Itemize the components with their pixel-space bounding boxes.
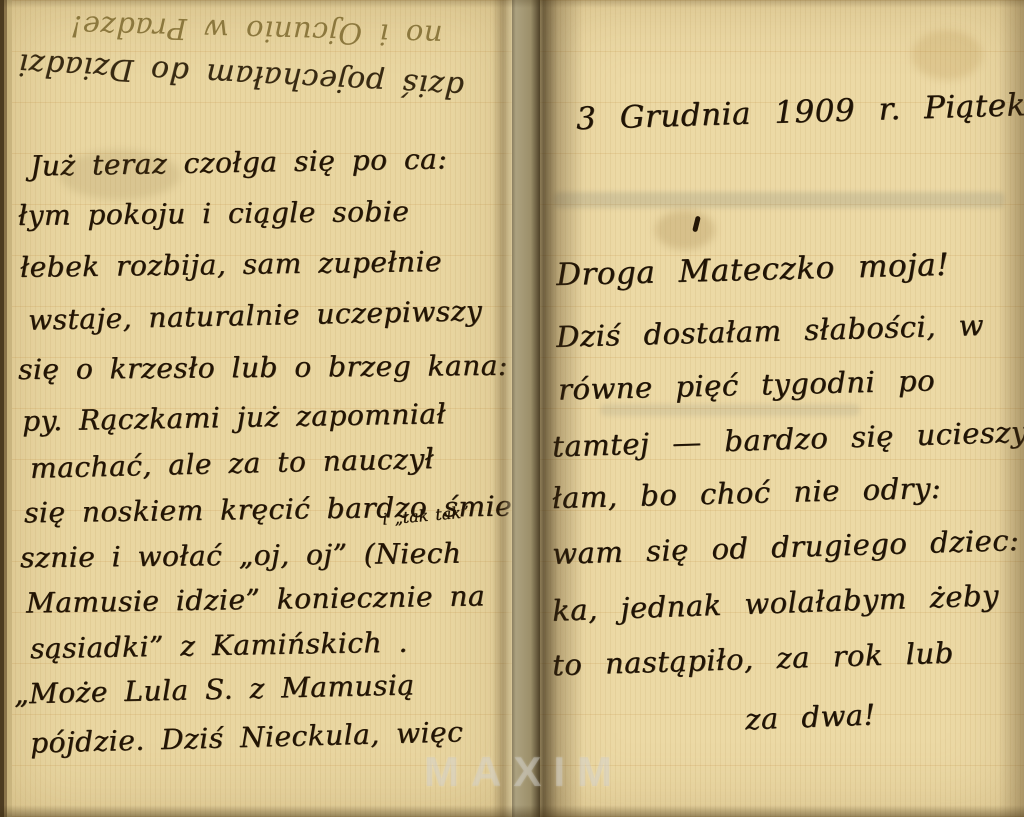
handwriting-line: Mamusie idzie” koniecznie na bbox=[26, 579, 486, 619]
handwriting-line: łebek rozbija, sam zupełnie bbox=[20, 245, 442, 284]
left-page: no i Ojcunio w Pradze! dziś pojechałam d… bbox=[0, 0, 512, 817]
age-stain bbox=[912, 30, 982, 80]
handwriting-line: ka, jednak wolałabym żeby bbox=[552, 578, 1000, 628]
handwriting-line: wstaje, naturalnie uczepiwszy bbox=[28, 294, 483, 337]
handwriting-line: „Może Lula S. z Mamusią bbox=[14, 668, 415, 710]
age-stain bbox=[60, 150, 180, 200]
page-stack-edge bbox=[0, 0, 16, 817]
handwriting-line: się o krzesło lub o brzeg kana: bbox=[18, 349, 508, 386]
handwriting-line: sąsiadki” z Kamińskich . bbox=[30, 626, 408, 666]
archive-watermark: MAXIM bbox=[424, 748, 624, 796]
inverted-handwriting-line: no i Ojcunio w Pradze! bbox=[70, 9, 443, 53]
handwriting-line: Dziś dostałam słabości, w bbox=[556, 308, 985, 354]
date-line: 3 Grudnia 1909 r. Piątek. bbox=[576, 87, 1024, 137]
handwriting-line: sznie i wołać „oj, oj” (Niech bbox=[20, 537, 462, 575]
salutation-line: Droga Mateczko moja! bbox=[556, 247, 950, 293]
closing-line: za dwa! bbox=[744, 698, 876, 737]
handwriting-line: równe pięć tygodni po bbox=[558, 363, 936, 406]
handwriting-line: tamtej — bardzo się ucieszy: bbox=[552, 414, 1024, 463]
scan-top-shadow bbox=[0, 0, 1024, 8]
handwriting-line: to nastąpiło, za rok lub bbox=[552, 636, 955, 683]
inverted-handwriting-line: dziś pojechałam do Dziadzi bbox=[17, 46, 464, 104]
book-gutter bbox=[492, 0, 584, 817]
handwriting-line: pójdzie. Dziś Nieckula, więc bbox=[30, 715, 464, 759]
handwriting-line: machać, ale za to nauczył bbox=[30, 442, 435, 485]
handwriting-line: wam się od drugiego dziec: bbox=[552, 523, 1020, 571]
page-edge-shadow bbox=[998, 0, 1024, 817]
diary-scan: no i Ojcunio w Pradze! dziś pojechałam d… bbox=[0, 0, 1024, 817]
scan-bottom-shadow bbox=[0, 805, 1024, 817]
handwriting-line: łym pokoju i ciągle sobie bbox=[18, 195, 410, 232]
ink-bleed-ghost bbox=[600, 404, 860, 416]
handwriting-line: łam, bo choć nie odry: bbox=[552, 471, 942, 515]
handwriting-line: py. Rączkami już zapomniał bbox=[22, 397, 447, 437]
age-stain bbox=[655, 210, 715, 250]
ink-bleed-ghost bbox=[554, 192, 1004, 208]
right-page: 3 Grudnia 1909 r. Piątek. Droga Mateczko… bbox=[540, 0, 1024, 817]
